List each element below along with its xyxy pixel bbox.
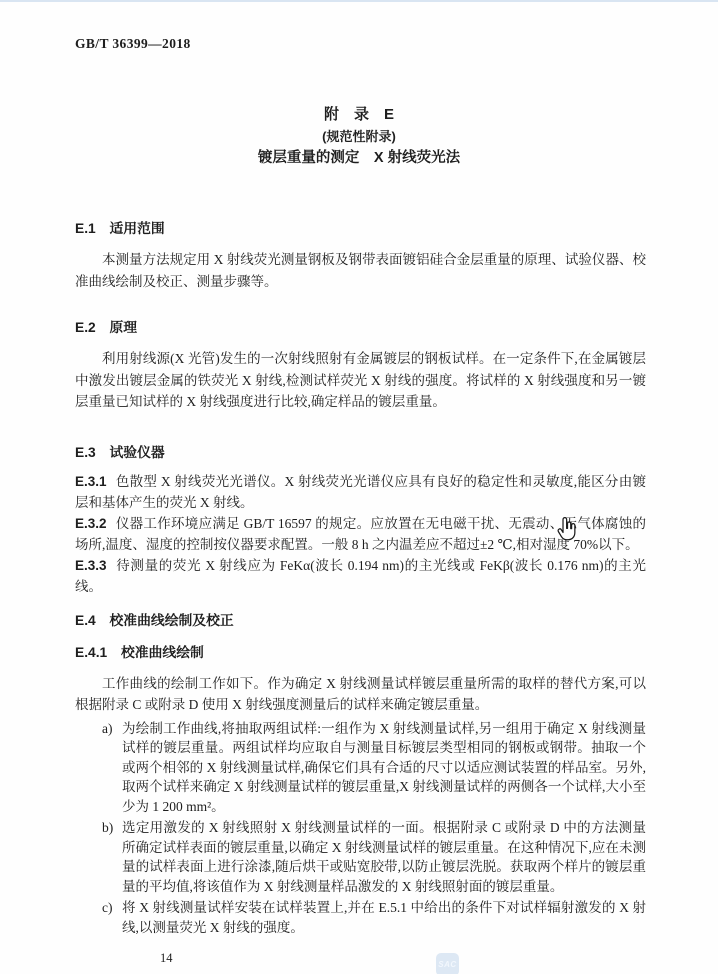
clause-e33: E.3.3待测量的荧光 X 射线应为 FeKα(波长 0.194 nm)的主光线… [75,555,646,597]
appendix-method-title: 镀层重量的测定 X 射线荧光法 [0,147,718,169]
sac-watermark-badge: SAC [436,953,459,974]
section-e41-heading: E.4.1 校准曲线绘制 [75,643,646,663]
section-e41-list: a) 为绘制工作曲线,将抽取两组试样:一组作为 X 射线测量试样,另一组用于确定… [75,719,646,938]
clause-e31-number: E.3.1 [75,474,107,489]
list-item-a: a) 为绘制工作曲线,将抽取两组试样:一组作为 X 射线测量试样,另一组用于确定… [75,719,646,817]
page-top-edge [0,0,718,2]
list-item-a-marker: a) [102,719,122,817]
appendix-subtitle: (规范性附录) [0,126,718,147]
section-e3-heading: E.3 试验仪器 [75,443,646,463]
section-e1-heading: E.1 适用范围 [75,219,646,239]
section-e2-heading: E.2 原理 [75,318,646,338]
list-item-b: b) 选定用激发的 X 射线照射 X 射线测量试样的一面。根据附录 C 或附录 … [75,818,646,896]
page-number: 14 [160,951,173,965]
section-e2-paragraph: 利用射线源(X 光管)发生的一次射线照射有金属镀层的钢板试样。在一定条件下,在金… [75,348,646,413]
page-content: E.1 适用范围 本测量方法规定用 X 射线荧光测量钢板及钢带表面镀铝硅合金层重… [0,219,718,974]
appendix-title-block: 附 录 E (规范性附录) 镀层重量的测定 X 射线荧光法 [0,104,718,169]
clause-e32-number: E.3.2 [75,516,107,531]
appendix-title: 附 录 E [0,104,718,126]
list-item-c-marker: c) [102,898,122,937]
document-page: GB/T 36399—2018 附 录 E (规范性附录) 镀层重量的测定 X … [0,0,718,974]
list-item-c-text: 将 X 射线测量试样安装在试样装置上,并在 E.5.1 中给出的条件下对试样辐射… [122,898,646,937]
list-item-a-text: 为绘制工作曲线,将抽取两组试样:一组作为 X 射线测量试样,另一组用于确定 X … [122,719,646,817]
section-e1-paragraph: 本测量方法规定用 X 射线荧光测量钢板及钢带表面镀铝硅合金层重量的原理、试验仪器… [75,249,646,292]
standard-code: GB/T 36399—2018 [75,33,718,54]
list-item-b-text: 选定用激发的 X 射线照射 X 射线测量试样的一面。根据附录 C 或附录 D 中… [122,818,646,896]
clause-e31-text: 色散型 X 射线荧光光谱仪。X 射线荧光光谱仪应具有良好的稳定性和灵敏度,能区分… [75,474,646,510]
list-item-b-marker: b) [102,818,122,896]
list-item-c: c) 将 X 射线测量试样安装在试样装置上,并在 E.5.1 中给出的条件下对试… [75,898,646,937]
page-footer: 14 SAC [160,949,646,974]
section-e4-heading: E.4 校准曲线绘制及校正 [75,611,646,631]
clause-e33-number: E.3.3 [75,558,107,573]
section-e41-paragraph: 工作曲线的绘制工作如下。作为确定 X 射线测量试样镀层重量所需的取样的替代方案,… [75,673,646,716]
clause-e33-text: 待测量的荧光 X 射线应为 FeKα(波长 0.194 nm)的主光线或 FeK… [75,558,646,594]
hand-cursor-icon [557,516,578,543]
clause-e31: E.3.1色散型 X 射线荧光光谱仪。X 射线荧光光谱仪应具有良好的稳定性和灵敏… [75,471,646,513]
